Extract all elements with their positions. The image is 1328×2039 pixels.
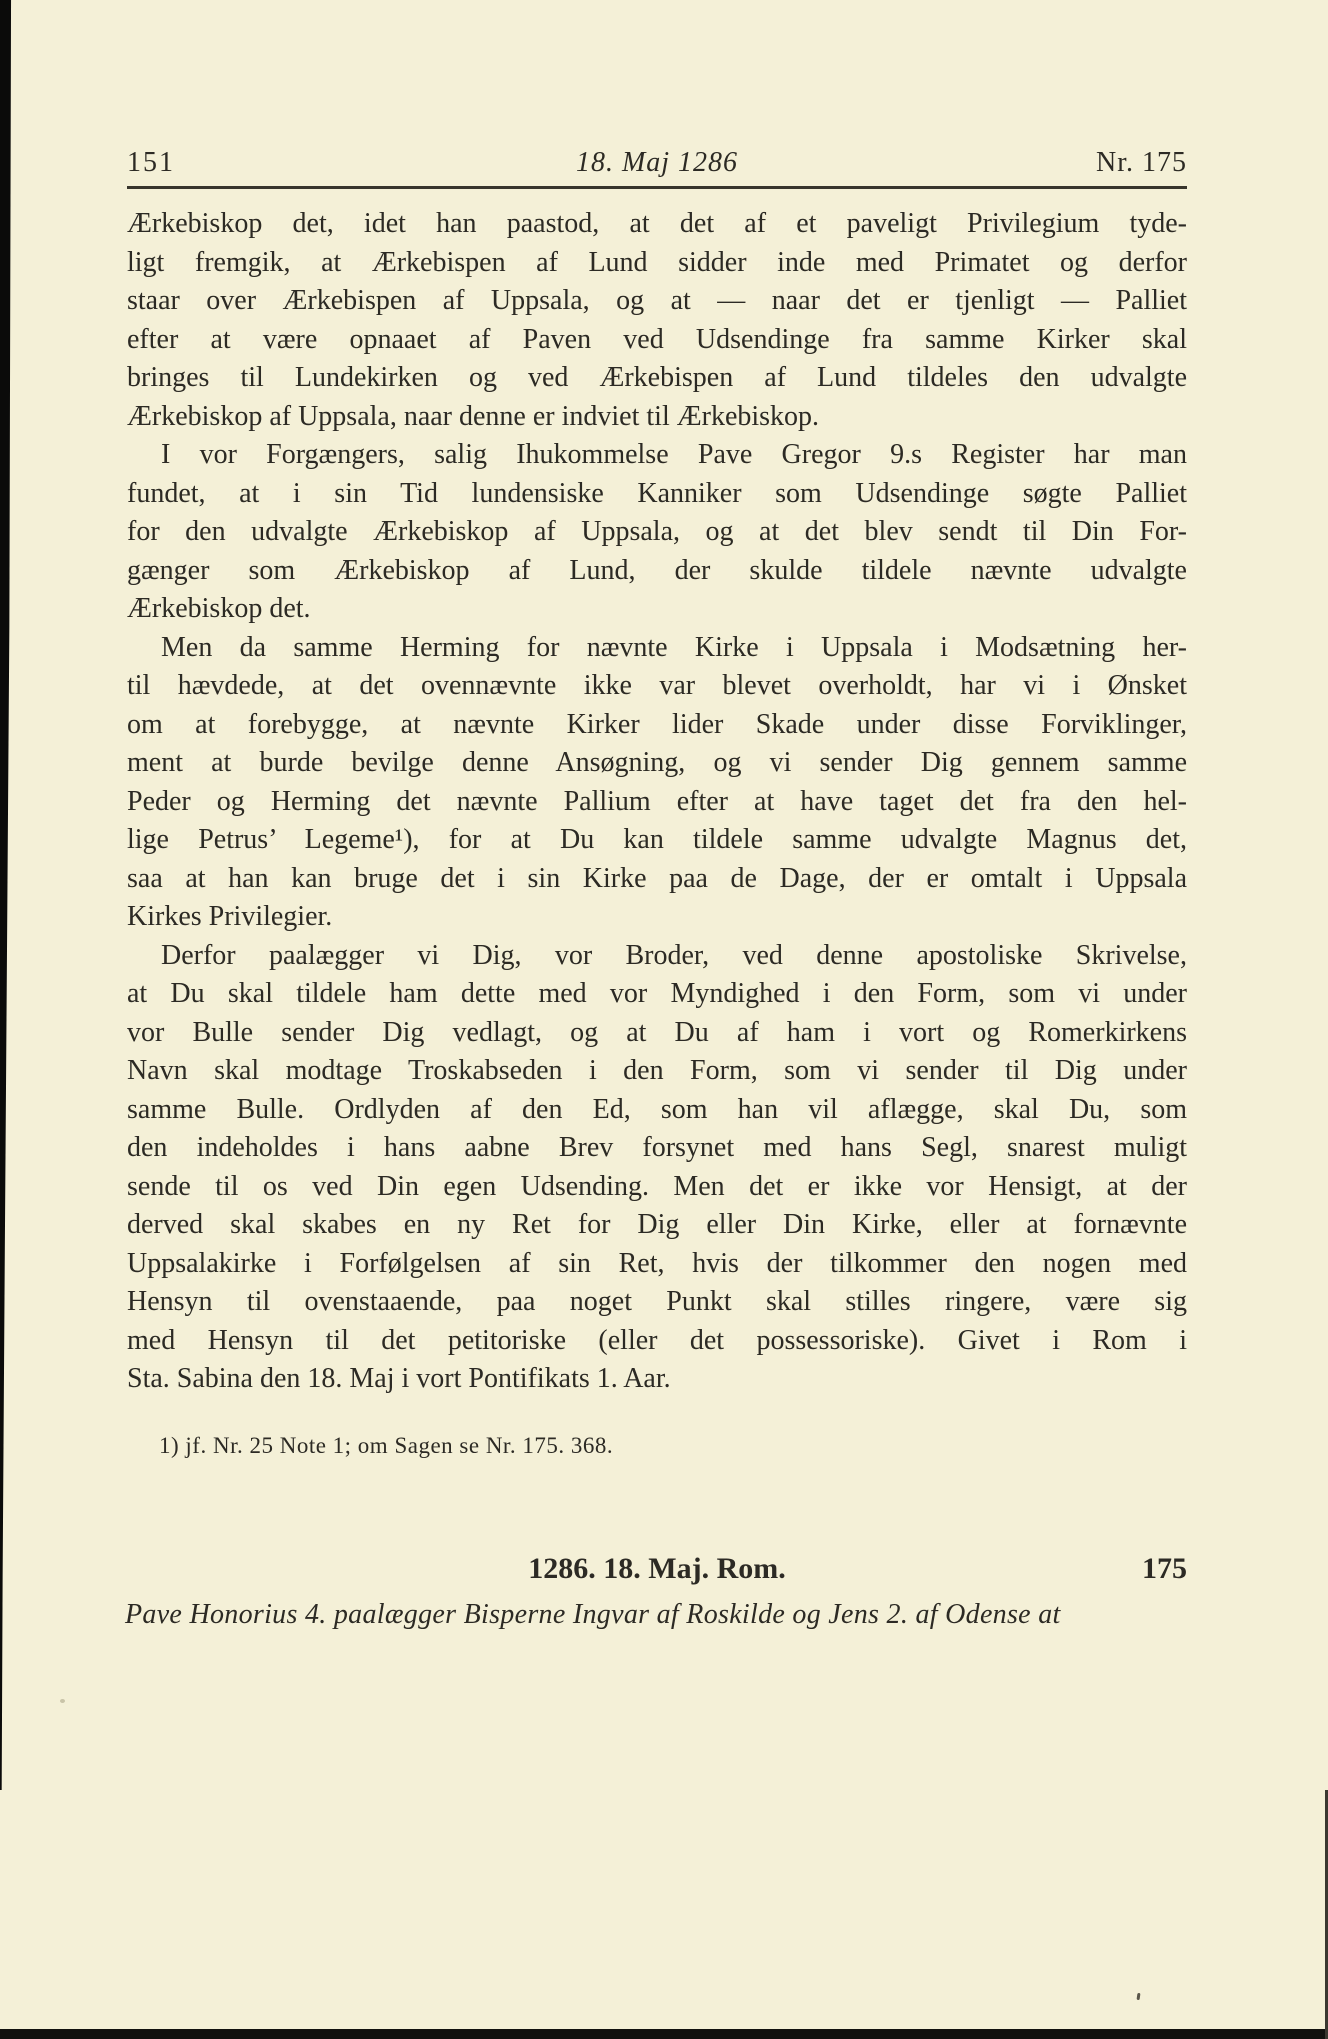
- text-line: derved skal skabes en ny Ret for Dig ell…: [127, 1206, 1187, 1245]
- text-line: samme Bulle. Ordlyden af den Ed, som han…: [127, 1091, 1187, 1130]
- text-line: Ærkebiskop det.: [127, 590, 1187, 629]
- entry-heading-date: 1286. 18. Maj. Rom.: [127, 1552, 1187, 1586]
- entry-reference: Nr. 175: [1096, 147, 1187, 179]
- text-line: med Hensyn til det petitoriske (eller de…: [127, 1322, 1187, 1361]
- text-line: sende til os ved Din egen Udsending. Men…: [127, 1168, 1187, 1207]
- paragraph: I vor Forgængers, salig Ihukommelse Pave…: [127, 436, 1187, 629]
- entry-heading-number: 175: [1142, 1552, 1187, 1586]
- document-body: Ærkebiskop det, idet han paastod, at det…: [127, 205, 1187, 1399]
- paragraph: Derfor paalægger vi Dig, vor Broder, ved…: [127, 937, 1187, 1399]
- text-line: Sta. Sabina den 18. Maj i vort Pontifika…: [127, 1360, 1187, 1399]
- scanned-book-page: 151 18. Maj 1286 Nr. 175 Ærkebiskop det,…: [0, 0, 1328, 2039]
- text-line: Ærkebiskop af Uppsala, naar denne er ind…: [127, 398, 1187, 437]
- paragraph: Men da samme Herming for nævnte Kirke i …: [127, 629, 1187, 937]
- text-line: Peder og Herming det nævnte Pallium efte…: [127, 783, 1187, 822]
- page-header: 151 18. Maj 1286 Nr. 175: [127, 147, 1187, 181]
- text-line: Navn skal modtage Troskabseden i den For…: [127, 1052, 1187, 1091]
- scan-bottom-edge: [0, 2029, 1328, 2039]
- text-line: om at forebygge, at nævnte Kirker lider …: [127, 706, 1187, 745]
- header-rule: [127, 186, 1187, 189]
- footnote: 1) jf. Nr. 25 Note 1; om Sagen se Nr. 17…: [159, 1433, 1187, 1459]
- entry-summary: Pave Honorius 4. paalægger Bisperne Ingv…: [125, 1599, 1187, 1631]
- text-line: saa at han kan bruge det i sin Kirke paa…: [127, 860, 1187, 899]
- text-line: bringes til Lundekirken og ved Ærkebispe…: [127, 359, 1187, 398]
- scan-speck: [60, 1699, 65, 1703]
- text-line: staar over Ærkebispen af Uppsala, og at …: [127, 282, 1187, 321]
- text-line: Uppsalakirke i Forfølgelsen af sin Ret, …: [127, 1245, 1187, 1284]
- text-line: Ærkebiskop det, idet han paastod, at det…: [127, 205, 1187, 244]
- text-line: gænger som Ærkebiskop af Lund, der skuld…: [127, 552, 1187, 591]
- entry-heading: 1286. 18. Maj. Rom. 175: [127, 1552, 1187, 1592]
- running-head-date: 18. Maj 1286: [127, 147, 1187, 179]
- paragraph: Ærkebiskop det, idet han paastod, at det…: [127, 205, 1187, 436]
- text-line: vor Bulle sender Dig vedlagt, og at Du a…: [127, 1014, 1187, 1053]
- text-line: ment at burde bevilge denne Ansøgning, o…: [127, 744, 1187, 783]
- text-line: ligt fremgik, at Ærkebispen af Lund sidd…: [127, 244, 1187, 283]
- scan-left-edge: [0, 0, 12, 1790]
- text-line: at Du skal tildele ham dette med vor Myn…: [127, 975, 1187, 1014]
- text-line: lige Petrus’ Legeme¹), for at Du kan til…: [127, 821, 1187, 860]
- text-line: den indeholdes i hans aabne Brev forsyne…: [127, 1129, 1187, 1168]
- text-line: Kirkes Privilegier.: [127, 898, 1187, 937]
- text-line: Men da samme Herming for nævnte Kirke i …: [127, 629, 1187, 668]
- text-line: til hævdede, at det ovennævnte ikke var …: [127, 667, 1187, 706]
- text-line: for den udvalgte Ærkebiskop af Uppsala, …: [127, 513, 1187, 552]
- text-line: Hensyn til ovenstaaende, paa noget Punkt…: [127, 1283, 1187, 1322]
- text-line: fundet, at i sin Tid lundensiske Kannike…: [127, 475, 1187, 514]
- text-line: efter at være opnaaet af Paven ved Udsen…: [127, 321, 1187, 360]
- text-line: Derfor paalægger vi Dig, vor Broder, ved…: [127, 937, 1187, 976]
- scan-speck: [1137, 1993, 1141, 2000]
- text-line: I vor Forgængers, salig Ihukommelse Pave…: [127, 436, 1187, 475]
